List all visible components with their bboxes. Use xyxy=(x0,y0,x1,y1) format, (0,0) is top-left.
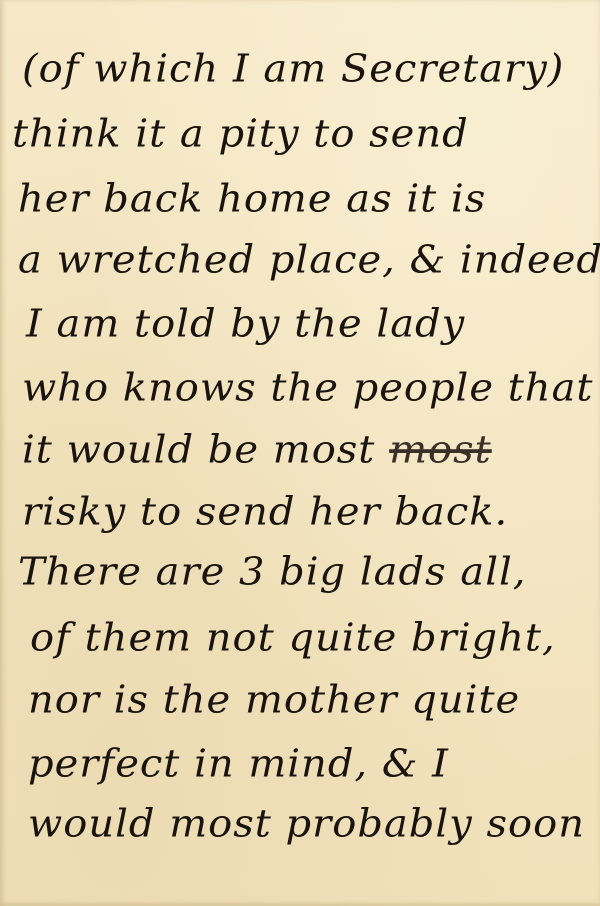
handwritten-line-3: her back home as it is xyxy=(18,177,486,221)
handwritten-line-13: would most probably soon xyxy=(28,802,585,846)
handwritten-line-10: of them not quite bright, xyxy=(30,616,556,660)
handwritten-line-8: risky to send her back. xyxy=(22,490,508,534)
handwritten-line-12: perfect in mind, & I xyxy=(28,742,449,786)
letter-page: (of which I am Secretary) think it a pit… xyxy=(0,0,600,906)
struck-out-word: most xyxy=(389,428,492,472)
handwritten-line-6: who knows the people that xyxy=(22,366,593,410)
handwritten-line-2: think it a pity to send xyxy=(12,112,469,156)
handwritten-line-7: it would be most most xyxy=(22,428,492,472)
handwritten-line-5: I am told by the lady xyxy=(26,302,465,346)
handwritten-line-4: a wretched place, & indeed xyxy=(18,238,600,282)
handwritten-line-11: nor is the mother quite xyxy=(28,678,520,722)
line-7-text: it would be most xyxy=(22,428,375,472)
handwritten-line-1: (of which I am Secretary) xyxy=(22,47,564,91)
handwritten-line-9: There are 3 big lads all, xyxy=(18,550,527,594)
